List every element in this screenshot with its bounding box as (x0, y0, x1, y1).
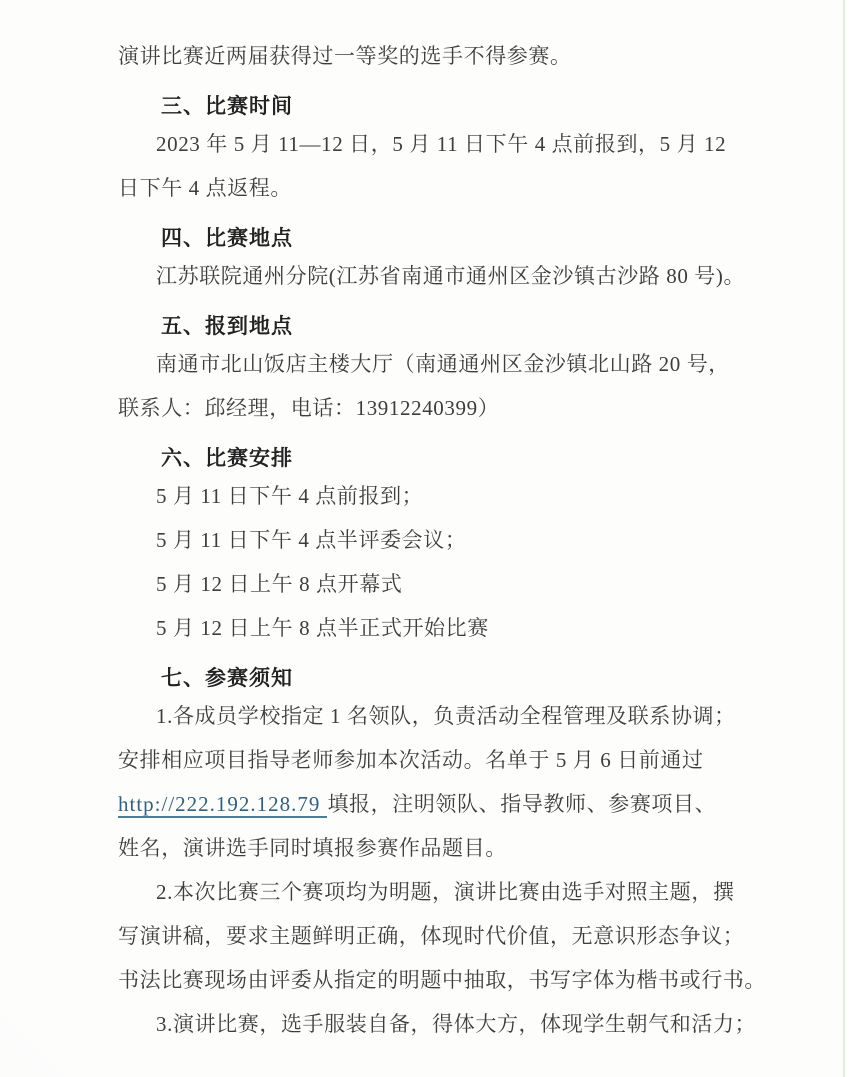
checkin-line-2: 联系人：邱经理，电话：13912240399） (118, 386, 758, 430)
document-body: 演讲比赛近两届获得过一等奖的选手不得参赛。 三、比赛时间 2023 年 5 月 … (118, 34, 758, 1046)
notes-3-line-1: 3.演讲比赛，选手服装自备，得体大方，体现学生朝气和活力； (118, 1002, 758, 1046)
notes-2-line-2: 写演讲稿，要求主题鲜明正确，体现时代价值，无意识形态争议； (118, 914, 758, 958)
scanned-document-page: 演讲比赛近两届获得过一等奖的选手不得参赛。 三、比赛时间 2023 年 5 月 … (0, 0, 850, 1077)
notes-1-line-4: 姓名，演讲选手同时填报参赛作品题目。 (118, 826, 758, 870)
notes-1-line-2: 安排相应项目指导老师参加本次活动。名单于 5 月 6 日前通过 (118, 738, 758, 782)
schedule-item-3: 5 月 12 日上午 8 点开幕式 (118, 562, 758, 606)
section-notes-heading: 七、参赛须知 (118, 657, 758, 701)
section-schedule-heading: 六、比赛安排 (118, 437, 758, 481)
notes-2-line-3: 书法比赛现场由评委从指定的明题中抽取，书写字体为楷书或行书。 (118, 958, 758, 1002)
notes-2-line-1: 2.本次比赛三个赛项均为明题，演讲比赛由选手对照主题，撰 (118, 870, 758, 914)
notes-1-line-3-rest: 填报，注明领队、指导教师、参赛项目、 (327, 792, 716, 816)
notes-1-line-3: http://222.192.128.79填报，注明领队、指导教师、参赛项目、 (118, 782, 758, 826)
schedule-item-4: 5 月 12 日上午 8 点半正式开始比赛 (118, 606, 758, 650)
time-line-2: 日下午 4 点返程。 (118, 166, 758, 210)
section-time-heading: 三、比赛时间 (118, 85, 758, 129)
section-venue-heading: 四、比赛地点 (118, 217, 758, 261)
filing-url-link[interactable]: http://222.192.128.79 (118, 792, 327, 818)
scan-right-margin (845, 0, 850, 1077)
schedule-item-2: 5 月 11 日下午 4 点半评委会议； (118, 518, 758, 562)
section-checkin-heading: 五、报到地点 (118, 305, 758, 349)
intro-line: 演讲比赛近两届获得过一等奖的选手不得参赛。 (118, 34, 758, 78)
